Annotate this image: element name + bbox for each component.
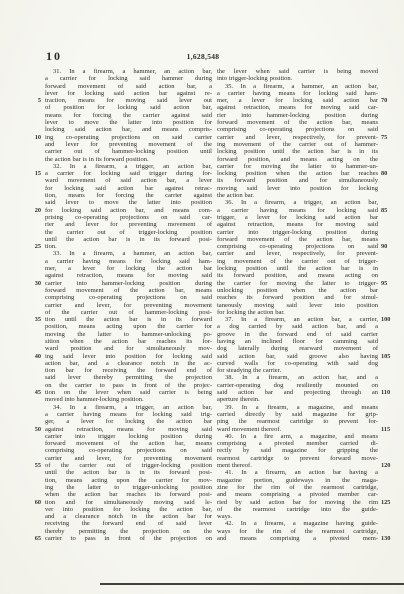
text-line: receiving the forward end of said lever	[45, 520, 212, 527]
text-line: when the action bar reaches its forward …	[45, 491, 212, 498]
text-line: traction, means for moving said lever ou…	[45, 97, 212, 104]
text-line: of the rearmost cartridge into the guide…	[217, 506, 378, 513]
text-line: a carrier having means for locking said …	[45, 411, 212, 418]
text-line: lever for locking said action bar agains…	[45, 90, 212, 97]
text-line: comprising a pivoted member carried di-	[217, 440, 378, 447]
text-line: curved walls for co-operating with said …	[217, 360, 378, 367]
margin-line-number: 130	[381, 506, 398, 543]
text-line: unlocking position when the action bar	[217, 287, 378, 294]
text-line: and lever for preventing movement of the	[45, 141, 212, 148]
text-line: for locking said action bar, and means c…	[45, 207, 212, 214]
text-line: 42. In a firearm, a magazine having guid…	[217, 520, 378, 527]
text-line: ment thereof.	[217, 462, 378, 469]
text-line: tion.	[45, 243, 212, 250]
text-line: groove in the forward end of said carrie…	[217, 331, 378, 338]
text-line: ward position and for simultaneously mov…	[45, 345, 212, 352]
margin-line-number: 110	[381, 360, 398, 397]
text-line: and means comprising a pivoted member ca…	[217, 491, 378, 498]
text-line: for locking said action bar against retr…	[45, 185, 212, 192]
text-line: rier into hammer-locking position during	[217, 112, 378, 119]
text-line: locking position until the action bar is…	[217, 148, 378, 155]
text-line: prising co-operating projections on said…	[45, 214, 212, 221]
text-line: a carrier having means for locking said …	[45, 258, 212, 265]
text-line: forward position, and means acting on th…	[217, 156, 378, 163]
margin-line-number: 60	[24, 470, 41, 507]
text-line: 35. In a firearm, a hammer, an action ba…	[217, 83, 378, 90]
text-line: tion, means for forcing the carrier agai…	[45, 192, 212, 199]
text-line: carrier out of hammer-locking position u…	[45, 148, 212, 155]
text-line: for steadying the carrier.	[217, 367, 378, 374]
right-margin-line-numbers: 707580859095100105110115120125130	[381, 68, 398, 543]
text-line: its forward position, and means acting o…	[217, 272, 378, 279]
text-line: reaches its forward position and for sim…	[217, 294, 378, 301]
text-line: until the action bar is in its forward p…	[45, 236, 212, 243]
text-line: carrier and lever, for preventing moveme…	[45, 302, 212, 309]
text-line: lever to move the latter into position f…	[45, 119, 212, 126]
text-line: 41. In a firearm, an action bar having a	[217, 469, 378, 476]
text-line: forward movement of the action bar, mean…	[45, 287, 212, 294]
text-line: having an inclined floor for camming sai…	[217, 338, 378, 345]
margin-line-number: 125	[381, 470, 398, 507]
text-line: against retraction, means for moving sai…	[217, 221, 378, 228]
margin-line-number: 45	[24, 360, 41, 397]
page-number: 10	[46, 49, 62, 64]
text-line: comprising co-operating projections on s…	[45, 294, 212, 301]
text-line: ing the latter to trigger-unlocking posi…	[45, 484, 212, 491]
text-line: tion, means acting upon the carrier for …	[45, 477, 212, 484]
text-line: 37. In a firearm, an action bar, a carri…	[217, 316, 378, 323]
left-text-column: 31. In a firearm, a hammer, an action ba…	[45, 68, 212, 542]
text-line: action bar, and a clearance notch in the…	[45, 360, 212, 367]
text-line: said lever thereby permitting the projec…	[45, 374, 212, 381]
text-line: ing movement of the carrier out of trigg…	[217, 258, 378, 265]
text-line: tion and for simultaneously moving said …	[45, 499, 212, 506]
text-line: ing co-operating projections on said car…	[45, 134, 212, 141]
text-line: on the carrier to pass in front of the p…	[45, 382, 212, 389]
text-line: carried directly by said magazine for gr…	[217, 411, 378, 418]
text-line: and means comprising a pivoted mem-	[217, 535, 378, 542]
text-line: the action bar.	[217, 192, 378, 199]
patent-number: 1,628,548	[165, 52, 241, 61]
margin-line-number: 120	[381, 433, 398, 470]
text-line: a carrier for locking said hammer during	[45, 75, 212, 82]
text-line: 32. In a firearm, a trigger, an action b…	[45, 163, 212, 170]
text-line: the carrier out of trigger-locking posit…	[45, 229, 212, 236]
text-line: carrier and lever, for preventing moveme…	[45, 455, 212, 462]
text-line: 38. In a firearm, an action bar, and a	[217, 374, 378, 381]
text-line: means for forcing the carrier against sa…	[45, 112, 212, 119]
margin-line-number: 75	[381, 105, 398, 142]
text-line: tion until the action bar is in its forw…	[45, 316, 212, 323]
text-line: a dog carried by said action bar, and a	[217, 323, 378, 330]
text-line: 39. In a firearm, a magazine, and means	[217, 404, 378, 411]
text-line: forward movement of the action bar, mean…	[217, 119, 378, 126]
text-line: ver into position for locking the action…	[45, 506, 212, 513]
text-line: tion bar for receiving the forward end o…	[45, 367, 212, 374]
text-line: zine for the rim of the rearmost cartrid…	[217, 484, 378, 491]
text-line: 33. In a firearm, a hammer, an action ba…	[45, 250, 212, 257]
text-line: the carrier for moving the latter to tri…	[217, 280, 378, 287]
text-line: the lever when said carrier is being mov…	[217, 68, 378, 75]
margin-line-number: 90	[381, 214, 398, 251]
text-line: of position for locking said action bar,	[45, 104, 212, 111]
text-line: sition when the action bar reaches its f…	[45, 338, 212, 345]
text-line: moving said lever into position for lock…	[217, 185, 378, 192]
text-line: locking said action bar, and means compr…	[45, 126, 212, 133]
text-line: carrier into trigger locking position du…	[45, 433, 212, 440]
text-line: rearmost cartridge to prevent forward mo…	[217, 455, 378, 462]
text-line: mer, a lever for locking the action bar	[45, 265, 212, 272]
text-line: the action bar is in its forward positio…	[45, 156, 212, 163]
text-line: locking position until the action bar is…	[217, 265, 378, 272]
text-line: ried by said action bar for moving the r…	[217, 499, 378, 506]
text-line: comprising co-operating projections on s…	[45, 447, 212, 454]
text-line: trigger, a lever for locking said action…	[217, 214, 378, 221]
text-line: 34. In a firearm, a trigger, an action b…	[45, 404, 212, 411]
margin-line-number: 115	[381, 397, 398, 434]
text-line: forward movement of the action bar, mean…	[45, 440, 212, 447]
text-line: for locking the action bar.	[217, 309, 378, 316]
text-line: ways.	[217, 513, 378, 520]
text-line: carrier into hammer-locking position dur…	[45, 280, 212, 287]
text-line: ward movement of said action bar, a leve…	[45, 177, 212, 184]
text-line: ward movement thereof.	[217, 426, 378, 433]
text-line: 31. In a firearm, a hammer, an action ba…	[45, 68, 212, 75]
text-line: carrier into trigger-locking position du…	[217, 229, 378, 236]
bottom-rule	[100, 583, 404, 585]
margin-line-number: 95	[381, 251, 398, 288]
text-line: taneously moving said lever into positio…	[217, 302, 378, 309]
margin-line-number: 40	[24, 324, 41, 361]
text-line: dog laterally during rearward movement o…	[217, 345, 378, 352]
text-line: ping the rearmost cartridge to prevent f…	[217, 418, 378, 425]
text-line: against retraction, means for moving sai…	[45, 272, 212, 279]
text-line: its forward position and for simultaneou…	[217, 177, 378, 184]
text-line: mer, a lever for locking said action bar	[217, 97, 378, 104]
margin-line-number: 15	[24, 141, 41, 178]
text-line: carrier-operating dog resiliently mounte…	[217, 382, 378, 389]
margin-line-number: 80	[381, 141, 398, 178]
text-line: 40. In a fire arm, a magazine, and means	[217, 433, 378, 440]
margin-line-number: 30	[24, 251, 41, 288]
text-line: carrier to pass in front of the projecti…	[45, 535, 212, 542]
margin-line-number: 10	[24, 105, 41, 142]
margin-line-number: 20	[24, 178, 41, 215]
margin-line-number: 70	[381, 68, 398, 105]
text-line: tion on the lever when said carrier is b…	[45, 389, 212, 396]
text-line: locking position when the action bar rea…	[217, 170, 378, 177]
text-line: 36. In a firearm, a trigger, an action b…	[217, 199, 378, 206]
text-line: forward movement of said action bar, a	[45, 83, 212, 90]
text-line: magazine portion, guideways in the maga-	[217, 477, 378, 484]
text-line: of the carrier out of hammer-locking pos…	[45, 309, 212, 316]
text-line: and a clearance notch in the action bar …	[45, 513, 212, 520]
text-line: ways for the rim of the rearmost cartrid…	[217, 528, 378, 535]
left-margin-line-numbers: 5101520253035404550556065	[24, 68, 41, 543]
text-line: thereby permitting the projection on the	[45, 528, 212, 535]
text-line: carrier and lever, respectively, for pre…	[217, 250, 378, 257]
text-line: carrier and lever, respectively, for pre…	[217, 134, 378, 141]
margin-line-number: 65	[24, 506, 41, 543]
margin-line-number: 5	[24, 68, 41, 105]
text-line: position, means acting upon the carrier …	[45, 323, 212, 330]
text-line: until the action bar is in its forward p…	[45, 469, 212, 476]
text-line: into trigger-locking position.	[217, 75, 378, 82]
margin-line-number: 100	[381, 287, 398, 324]
text-line: ger, a lever for locking the action bar	[45, 418, 212, 425]
text-line: said action bar and projecting through a…	[217, 389, 378, 396]
text-line: against retraction, means for moving sai…	[217, 104, 378, 111]
text-line: of the carrier out of trigger-locking po…	[45, 462, 212, 469]
margin-line-number: 105	[381, 324, 398, 361]
patent-page: 10 1,628,548 5101520253035404550556065 3…	[0, 0, 404, 594]
margin-line-number: 85	[381, 178, 398, 215]
text-line: a carrier for locking said trigger durin…	[45, 170, 212, 177]
text-line: moved into hammer-locking position.	[45, 396, 212, 403]
right-text-column: the lever when said carrier is being mov…	[217, 68, 378, 542]
text-line: comprising co-operating projections on s…	[217, 243, 378, 250]
text-line: said action bar, said groove also having	[217, 353, 378, 360]
text-line: against retraction, means for moving sai…	[45, 426, 212, 433]
text-line: said lever to move the latter into posit…	[45, 199, 212, 206]
text-line: rectly by said magazine for gripping the	[217, 447, 378, 454]
margin-line-number: 25	[24, 214, 41, 251]
margin-line-number: 55	[24, 433, 41, 470]
text-line: comprising co-operating projections on s…	[217, 126, 378, 133]
text-line: aperture therein.	[217, 396, 378, 403]
margin-line-number: 35	[24, 287, 41, 324]
text-line: rier and lever for preventing movement o…	[45, 221, 212, 228]
text-line: a carrier having means for locking said …	[217, 90, 378, 97]
text-line: ing said lever into position for locking…	[45, 353, 212, 360]
text-line: forward movement of the action bar, mean…	[217, 236, 378, 243]
text-line: a carrier having means for locking said	[217, 207, 378, 214]
text-line: carrier for moving the latter to hammer-…	[217, 163, 378, 170]
margin-line-number: 50	[24, 397, 41, 434]
text-line: ing movement of the carrier out of hamme…	[217, 141, 378, 148]
text-line: moving the latter to hammer-unlocking po…	[45, 331, 212, 338]
